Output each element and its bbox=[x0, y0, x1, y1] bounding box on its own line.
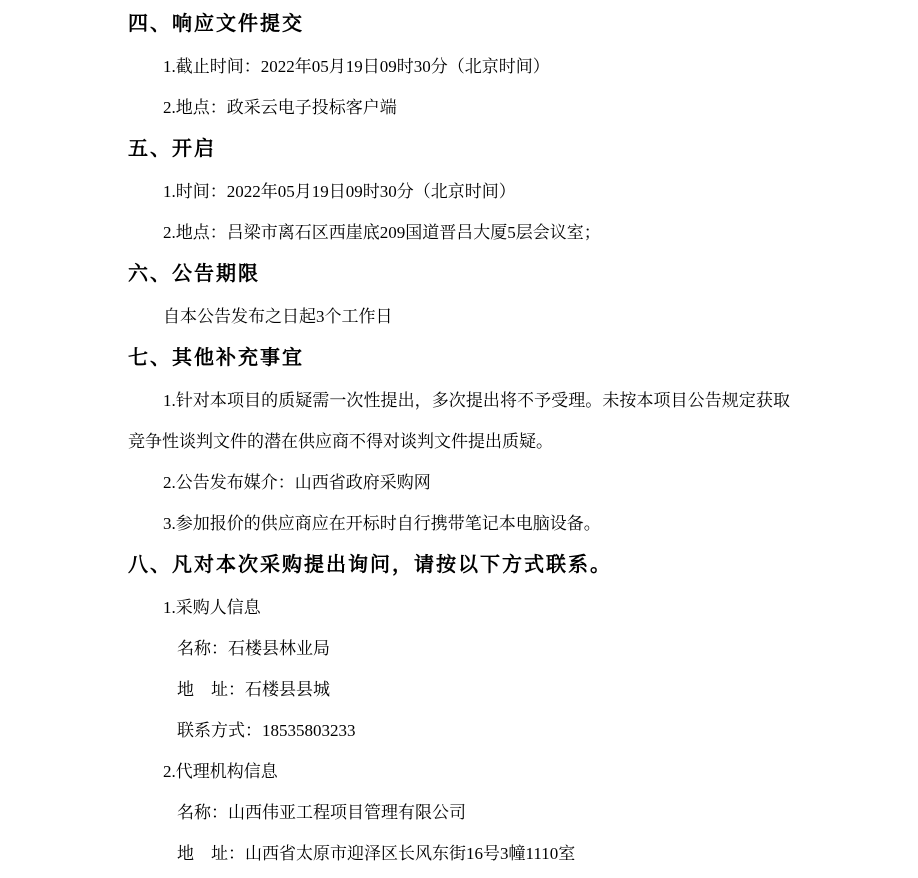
opening-location: 2.地点：吕梁市离石区西崖底209国道晋吕大厦5层会议室； bbox=[128, 212, 790, 253]
purchaser-name: 名称：石楼县林业局 bbox=[128, 628, 790, 669]
announcement-media: 2.公告发布媒介：山西省政府采购网 bbox=[128, 462, 790, 503]
agency-address: 地 址：山西省太原市迎泽区长风东街16号3幢1110室 bbox=[128, 833, 790, 874]
purchaser-info-label: 1.采购人信息 bbox=[128, 587, 790, 628]
purchaser-address: 地 址：石楼县县城 bbox=[128, 669, 790, 710]
opening-time: 1.时间：2022年05月19日09时30分（北京时间） bbox=[128, 171, 790, 212]
heading-announcement-period: 六、公告期限 bbox=[128, 253, 790, 296]
heading-other-matters: 七、其他补充事宜 bbox=[128, 337, 790, 380]
laptop-notice: 3.参加报价的供应商应在开标时自行携带笔记本电脑设备。 bbox=[128, 503, 790, 544]
agency-name: 名称：山西伟亚工程项目管理有限公司 bbox=[128, 792, 790, 833]
submission-location: 2.地点：政采云电子投标客户端 bbox=[128, 87, 790, 128]
heading-contact: 八、凡对本次采购提出询问，请按以下方式联系。 bbox=[128, 544, 790, 587]
agency-info-label: 2.代理机构信息 bbox=[128, 751, 790, 792]
announcement-content: 四、响应文件提交 1.截止时间：2022年05月19日09时30分（北京时间） … bbox=[0, 0, 918, 874]
submission-deadline: 1.截止时间：2022年05月19日09时30分（北京时间） bbox=[128, 46, 790, 87]
purchaser-phone: 联系方式：18535803233 bbox=[128, 710, 790, 751]
heading-response-submission: 四、响应文件提交 bbox=[128, 3, 790, 46]
query-policy-paragraph: 1.针对本项目的质疑需一次性提出，多次提出将不予受理。未按本项目公告规定获取竞争… bbox=[128, 380, 790, 462]
heading-opening: 五、开启 bbox=[128, 128, 790, 171]
announcement-page: 四、响应文件提交 1.截止时间：2022年05月19日09时30分（北京时间） … bbox=[0, 0, 918, 878]
announcement-period-text: 自本公告发布之日起3个工作日 bbox=[128, 296, 790, 337]
